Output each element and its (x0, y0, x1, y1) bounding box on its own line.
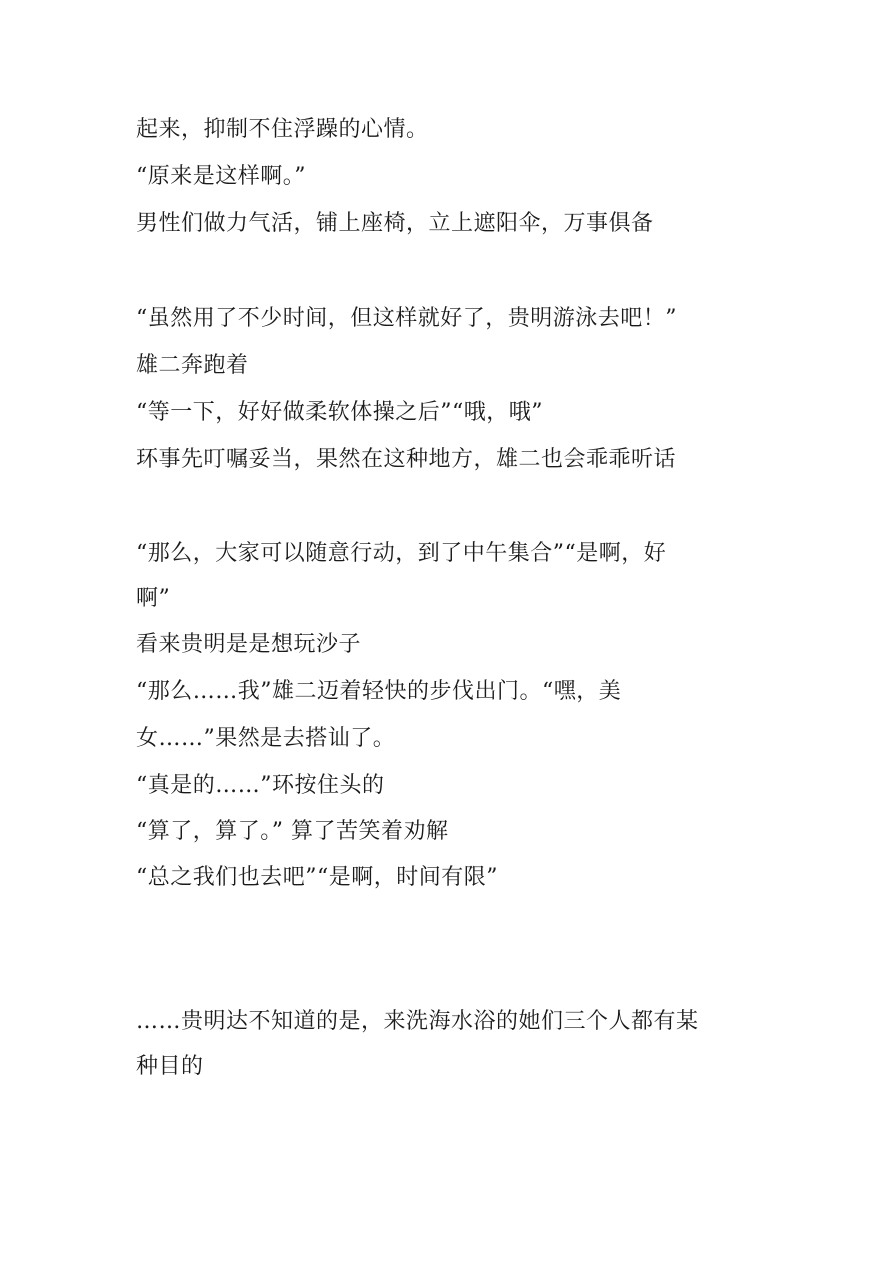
text-line-2: “原来是这样啊。” (136, 164, 306, 190)
text-line-5: 雄二奔跑着 (136, 353, 249, 379)
text-line-3: 男性们做力气活，铺上座椅，立上遮阳伞，万事俱备 (136, 211, 654, 237)
text-line-6: “等一下，好好做柔软体操之后”“哦，哦” (136, 400, 543, 426)
text-line-8: “那么，大家可以随意行动，到了中午集合”“是啊，好 (136, 541, 666, 567)
text-line-11: “那么……我”雄二迈着轻快的步伐出门。“嘿，美 (136, 679, 621, 705)
text-line-7: 环事先叮嘱妥当，果然在这种地方，雄二也会乖乖听话 (136, 447, 676, 473)
document-page: 起来，抑制不住浮躁的心情。 “原来是这样啊。” 男性们做力气活，铺上座椅，立上遮… (0, 0, 892, 1262)
text-line-13: “真是的……”环按住头的 (136, 773, 385, 799)
text-line-4: “虽然用了不少时间，但这样就好了，贵明游泳去吧！” (136, 306, 677, 332)
text-line-14: “算了，算了。” 算了苦笑着劝解 (136, 819, 449, 845)
text-line-1: 起来，抑制不住浮躁的心情。 (136, 117, 429, 143)
text-line-10: 看来贵明是是想玩沙子 (136, 632, 361, 658)
text-line-16: ……贵明达不知道的是，来洗海水浴的她们三个人都有某 (136, 1009, 699, 1035)
text-line-9: 啊” (136, 586, 170, 612)
text-line-15: “总之我们也去吧”“是啊，时间有限” (136, 865, 498, 891)
text-line-17: 种目的 (136, 1054, 204, 1080)
text-line-12: 女……”果然是去搭讪了。 (136, 726, 395, 752)
